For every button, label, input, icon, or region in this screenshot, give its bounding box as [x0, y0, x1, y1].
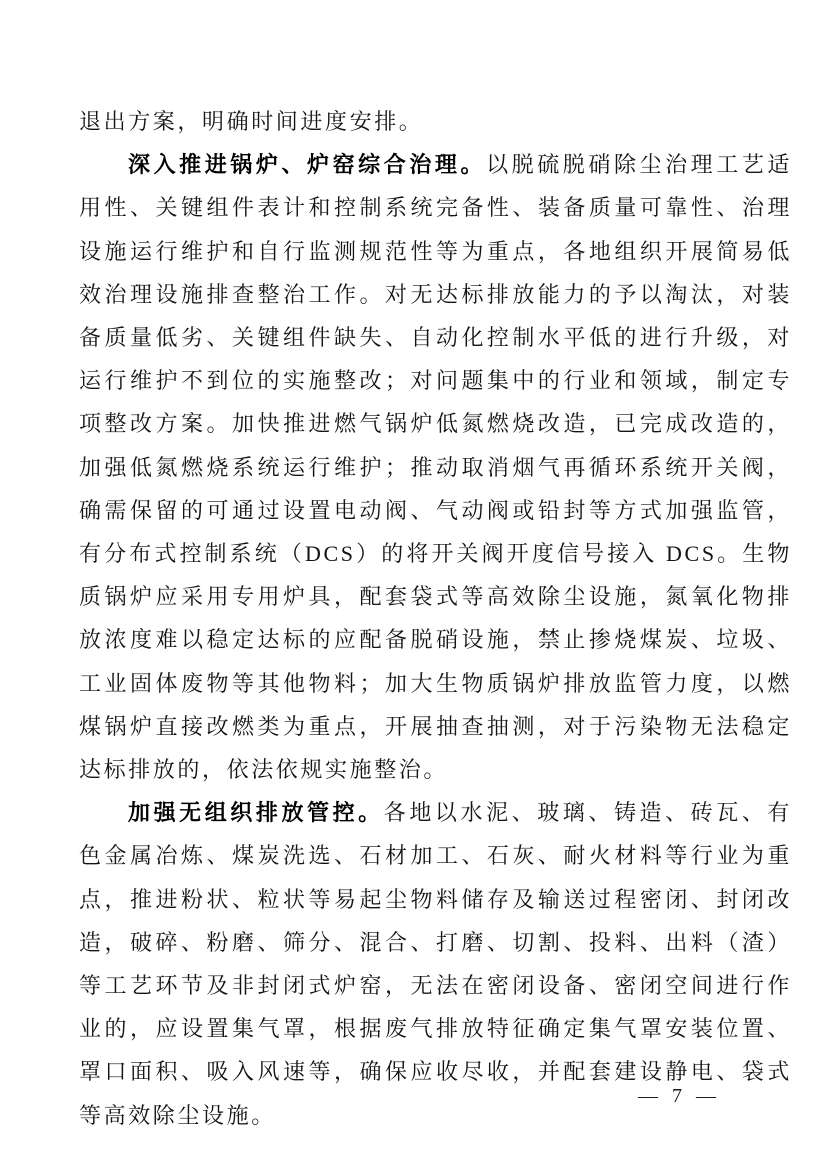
page-footer: — 7 —	[0, 1085, 815, 1108]
body-paragraph-boiler-furnace-treatment: 深入推进锅炉、炉窑综合治理。以脱硫脱硝除尘治理工艺适用性、关键组件表计和控制系统…	[79, 143, 792, 791]
paragraph-text: 各地以水泥、玻璃、铸造、砖瓦、有色金属冶炼、煤炭洗选、石材加工、石灰、耐火材料等…	[79, 800, 792, 1127]
document-page: 退出方案，明确时间进度安排。 深入推进锅炉、炉窑综合治理。以脱硫脱硝除尘治理工艺…	[0, 0, 815, 1167]
paragraph-lead: 加强无组织排放管控。	[128, 800, 384, 825]
page-number: — 7 —	[638, 1085, 717, 1107]
document-body: 退出方案，明确时间进度安排。 深入推进锅炉、炉窑综合治理。以脱硫脱硝除尘治理工艺…	[79, 100, 792, 1137]
body-paragraph-continuation: 退出方案，明确时间进度安排。	[79, 100, 792, 143]
paragraph-text: 退出方案，明确时间进度安排。	[79, 109, 423, 134]
paragraph-lead: 深入推进锅炉、炉窑综合治理。	[128, 152, 486, 177]
paragraph-text: 以脱硫脱硝除尘治理工艺适用性、关键组件表计和控制系统完备性、装备质量可靠性、治理…	[79, 152, 792, 782]
